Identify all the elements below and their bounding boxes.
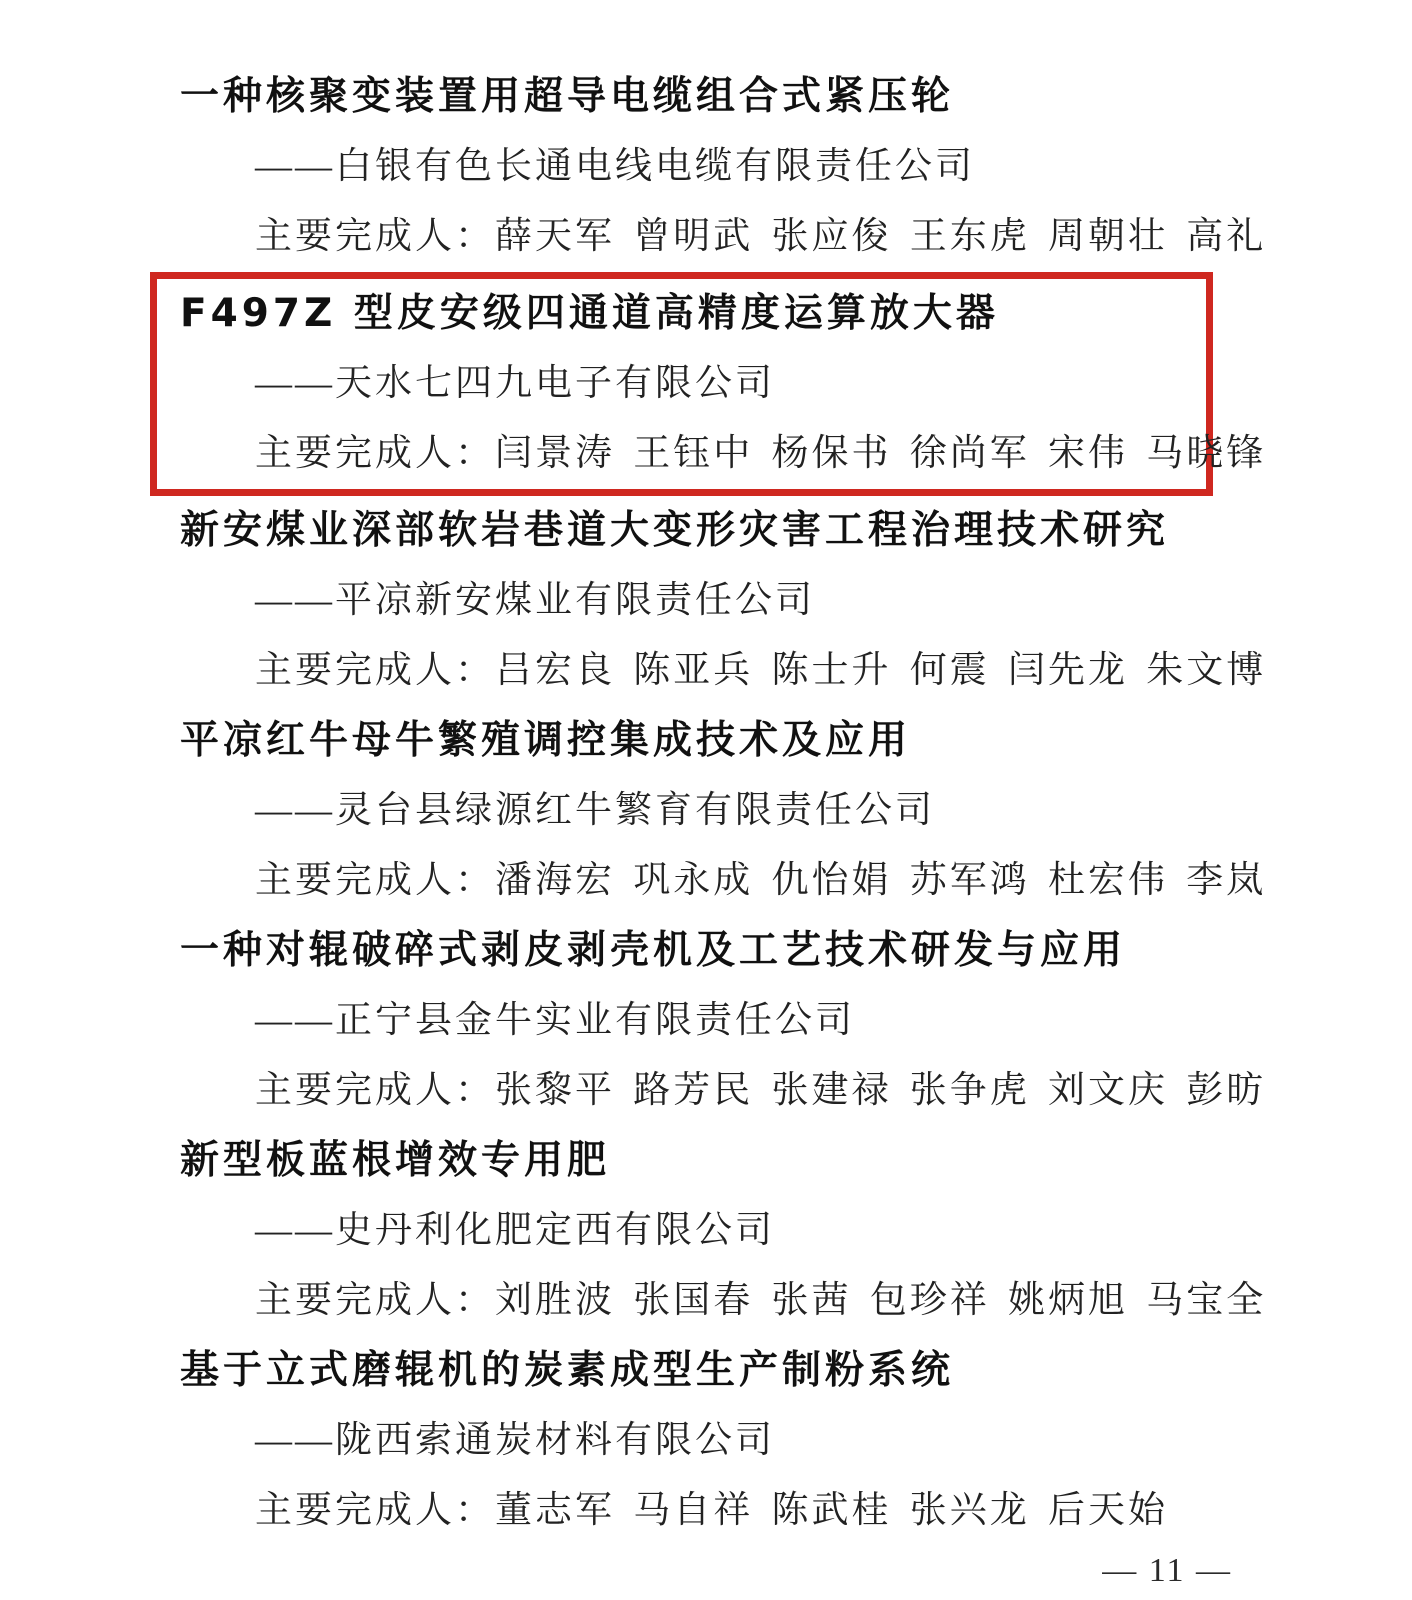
entry-title: 基于立式磨辊机的炭素成型生产制粉系统 bbox=[0, 1336, 1412, 1406]
contributors-label: 主要完成人： bbox=[255, 1070, 495, 1111]
contributors-label: 主要完成人： bbox=[255, 860, 495, 901]
contributors-label: 主要完成人： bbox=[255, 650, 495, 691]
contributors-names: 潘海宏 巩永成 仇怡娟 苏军鸿 杜宏伟 李岚 bbox=[495, 860, 1266, 901]
entry-contributors: 主要完成人：吕宏良 陈亚兵 陈士升 何震 闫先龙 朱文博 bbox=[0, 636, 1412, 706]
entry-contributors: 主要完成人：张黎平 路芳民 张建禄 张争虎 刘文庆 彭昉 bbox=[0, 1056, 1412, 1126]
contributors-names: 董志军 马自祥 陈武桂 张兴龙 后天始 bbox=[495, 1490, 1168, 1531]
entry-contributors: 主要完成人：董志军 马自祥 陈武桂 张兴龙 后天始 bbox=[0, 1476, 1412, 1546]
contributors-names: 刘胜波 张国春 张茜 包珍祥 姚炳旭 马宝全 bbox=[495, 1280, 1266, 1321]
award-entry-highlighted: F497Z 型皮安级四通道高精度运算放大器 ——天水七四九电子有限公司 主要完成… bbox=[157, 279, 1206, 489]
entry-title: F497Z 型皮安级四通道高精度运算放大器 bbox=[157, 279, 1206, 349]
entry-title: 新安煤业深部软岩巷道大变形灾害工程治理技术研究 bbox=[0, 496, 1412, 566]
entry-company: ——平凉新安煤业有限责任公司 bbox=[0, 566, 1412, 636]
award-entry: 平凉红牛母牛繁殖调控集成技术及应用 ——灵台县绿源红牛繁育有限责任公司 主要完成… bbox=[0, 706, 1412, 916]
contributors-label: 主要完成人： bbox=[255, 216, 495, 257]
entry-company: ——史丹利化肥定西有限公司 bbox=[0, 1196, 1412, 1266]
contributors-label: 主要完成人： bbox=[255, 433, 495, 474]
entry-title: 新型板蓝根增效专用肥 bbox=[0, 1126, 1412, 1196]
entry-company: ——陇西索通炭材料有限公司 bbox=[0, 1406, 1412, 1476]
entry-title: 一种核聚变装置用超导电缆组合式紧压轮 bbox=[0, 62, 1412, 132]
entry-company: ——正宁县金牛实业有限责任公司 bbox=[0, 986, 1412, 1056]
award-entry: 基于立式磨辊机的炭素成型生产制粉系统 ——陇西索通炭材料有限公司 主要完成人：董… bbox=[0, 1336, 1412, 1546]
contributors-names: 吕宏良 陈亚兵 陈士升 何震 闫先龙 朱文博 bbox=[495, 650, 1266, 691]
contributors-names: 闫景涛 王钰中 杨保书 徐尚军 宋伟 马晓锋 bbox=[495, 433, 1266, 474]
entry-contributors: 主要完成人：刘胜波 张国春 张茜 包珍祥 姚炳旭 马宝全 bbox=[0, 1266, 1412, 1336]
awards-list: 一种核聚变装置用超导电缆组合式紧压轮 ——白银有色长通电线电缆有限责任公司 主要… bbox=[0, 0, 1412, 1546]
entry-contributors: 主要完成人：薛天军 曾明武 张应俊 王东虎 周朝壮 高礼 bbox=[0, 202, 1412, 272]
entry-contributors: 主要完成人：潘海宏 巩永成 仇怡娟 苏军鸿 杜宏伟 李岚 bbox=[0, 846, 1412, 916]
contributors-label: 主要完成人： bbox=[255, 1280, 495, 1321]
entry-title: 平凉红牛母牛繁殖调控集成技术及应用 bbox=[0, 706, 1412, 776]
entry-contributors: 主要完成人：闫景涛 王钰中 杨保书 徐尚军 宋伟 马晓锋 bbox=[157, 419, 1206, 489]
page-number: — 11 — bbox=[1102, 1552, 1232, 1590]
document-page: 一种核聚变装置用超导电缆组合式紧压轮 ——白银有色长通电线电缆有限责任公司 主要… bbox=[0, 0, 1412, 1600]
entry-company: ——灵台县绿源红牛繁育有限责任公司 bbox=[0, 776, 1412, 846]
award-entry: 新安煤业深部软岩巷道大变形灾害工程治理技术研究 ——平凉新安煤业有限责任公司 主… bbox=[0, 496, 1412, 706]
entry-company: ——白银有色长通电线电缆有限责任公司 bbox=[0, 132, 1412, 202]
entry-company: ——天水七四九电子有限公司 bbox=[157, 349, 1206, 419]
contributors-names: 薛天军 曾明武 张应俊 王东虎 周朝壮 高礼 bbox=[495, 216, 1266, 257]
highlight-box: F497Z 型皮安级四通道高精度运算放大器 ——天水七四九电子有限公司 主要完成… bbox=[150, 272, 1213, 496]
contributors-label: 主要完成人： bbox=[255, 1490, 495, 1531]
contributors-names: 张黎平 路芳民 张建禄 张争虎 刘文庆 彭昉 bbox=[495, 1070, 1266, 1111]
award-entry: 新型板蓝根增效专用肥 ——史丹利化肥定西有限公司 主要完成人：刘胜波 张国春 张… bbox=[0, 1126, 1412, 1336]
award-entry: 一种核聚变装置用超导电缆组合式紧压轮 ——白银有色长通电线电缆有限责任公司 主要… bbox=[0, 62, 1412, 272]
entry-title: 一种对辊破碎式剥皮剥壳机及工艺技术研发与应用 bbox=[0, 916, 1412, 986]
award-entry: 一种对辊破碎式剥皮剥壳机及工艺技术研发与应用 ——正宁县金牛实业有限责任公司 主… bbox=[0, 916, 1412, 1126]
